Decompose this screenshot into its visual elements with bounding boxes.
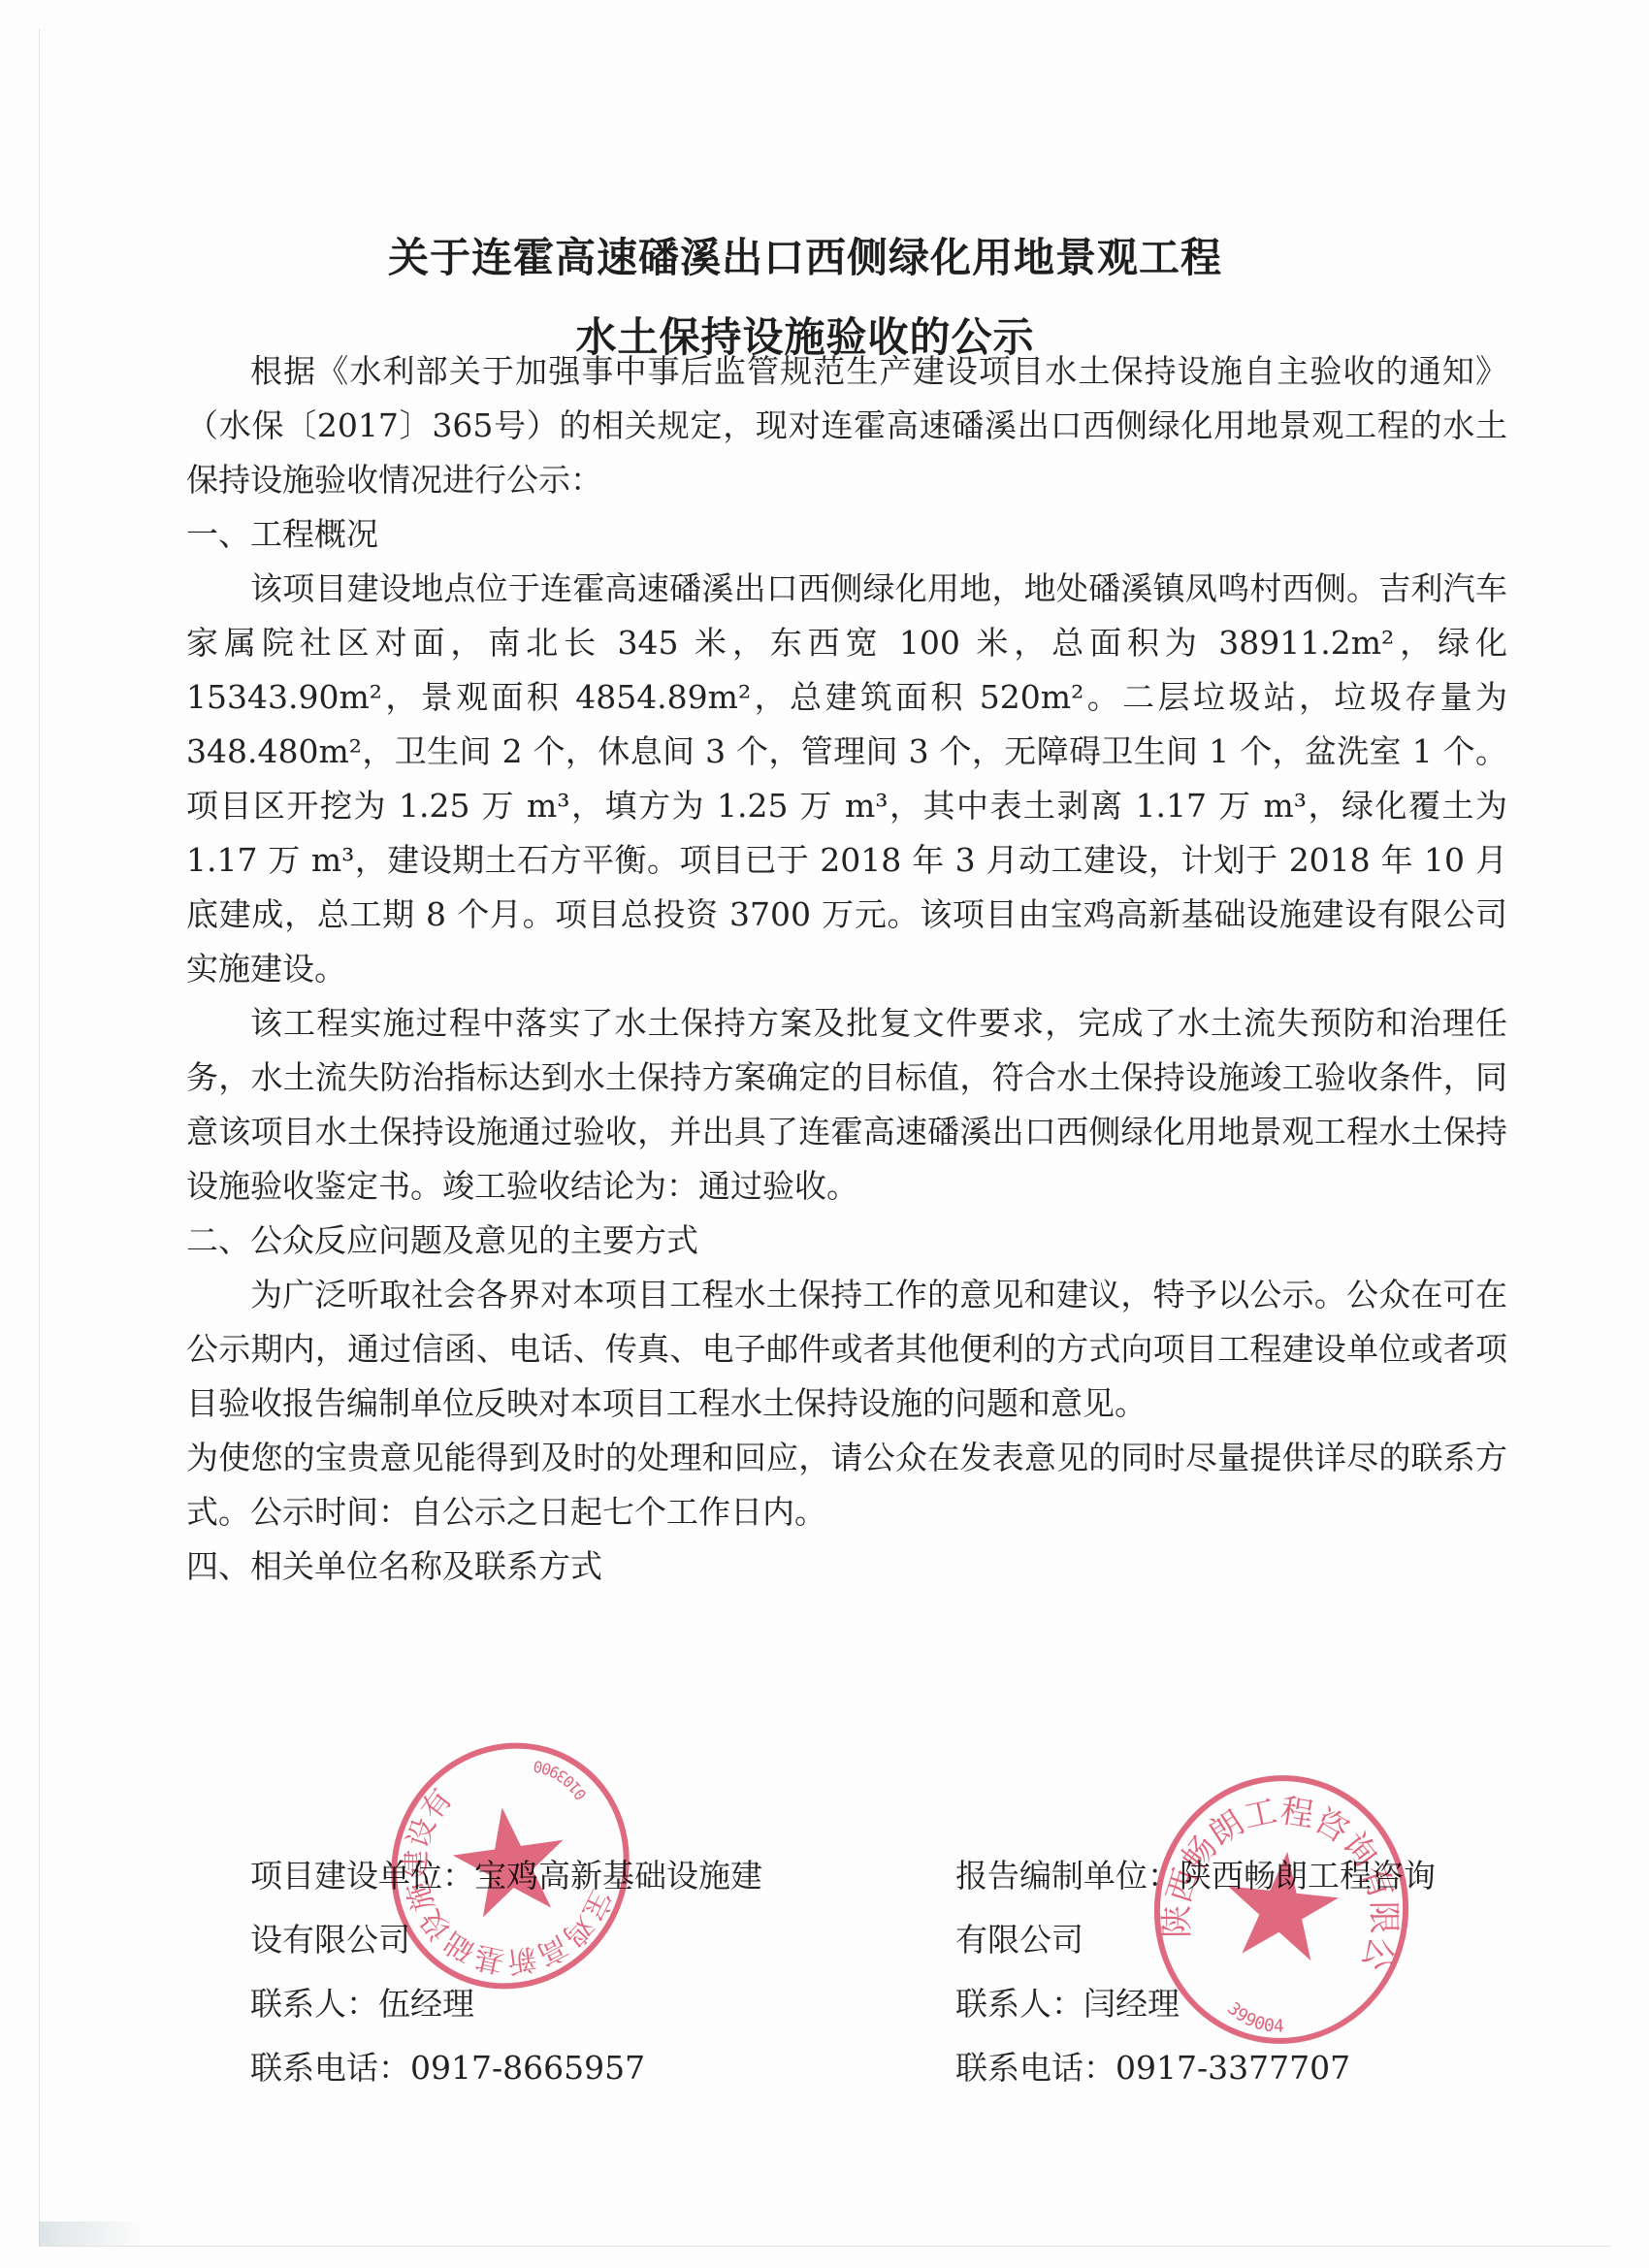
- section-heading-public-feedback: 二、公众反应问题及意见的主要方式: [186, 1214, 1507, 1268]
- builder-contact: 项目建设单位：宝鸡高新基础设施建 设有限公司 联系人：伍经理 联系电话：0917…: [250, 1848, 881, 2104]
- feedback-paragraph: 为广泛听取社会各界对本项目工程水土保持工作的意见和建议，特予以公示。公众在可在公…: [186, 1268, 1507, 1431]
- builder-contact-phone: 联系电话：0917-8665957: [250, 2040, 881, 2096]
- report-unit-line1: 报告编制单位：陕西畅朗工程咨询: [955, 1848, 1576, 1904]
- report-unit-line2: 有限公司: [955, 1912, 1576, 1968]
- builder-contact-person: 联系人：伍经理: [250, 1976, 881, 2032]
- document-body: 根据《水利部关于加强事中事后监管规范生产建设项目水土保持设施自主验收的通知》（水…: [186, 344, 1507, 1594]
- contacts-block: 项目建设单位：宝鸡高新基础设施建 设有限公司 联系人：伍经理 联系电话：0917…: [0, 1848, 1649, 2139]
- document-title-line1: 关于连霍高速磻溪出口西侧绿化用地景观工程: [0, 226, 1630, 284]
- overview-paragraph-2: 该工程实施过程中落实了水土保持方案及批复文件要求，完成了水土流失预防和治理任务，…: [186, 996, 1507, 1214]
- intro-paragraph: 根据《水利部关于加强事中事后监管规范生产建设项目水土保持设施自主验收的通知》（水…: [186, 344, 1507, 507]
- svg-text:0103900: 0103900: [525, 1752, 596, 1807]
- section-heading-contacts: 四、相关单位名称及联系方式: [186, 1539, 1507, 1594]
- report-contact-person: 联系人：闫经理: [955, 1976, 1576, 2032]
- overview-paragraph-1: 该项目建设地点位于连霍高速磻溪出口西侧绿化用地，地处磻溪镇凤鸣村西侧。吉利汽车家…: [186, 562, 1507, 996]
- report-contact-phone: 联系电话：0917-3377707: [955, 2040, 1576, 2096]
- builder-unit-line2: 设有限公司: [250, 1912, 881, 1968]
- scan-shadow: [39, 2221, 145, 2246]
- section-heading-overview: 一、工程概况: [186, 507, 1507, 562]
- builder-unit-line1: 项目建设单位：宝鸡高新基础设施建: [250, 1848, 881, 1904]
- report-contact: 报告编制单位：陕西畅朗工程咨询 有限公司 联系人：闫经理 联系电话：0917-3…: [955, 1848, 1576, 2104]
- feedback-note: 为使您的宝贵意见能得到及时的处理和回应，请公众在发表意见的同时尽量提供详尽的联系…: [186, 1431, 1507, 1539]
